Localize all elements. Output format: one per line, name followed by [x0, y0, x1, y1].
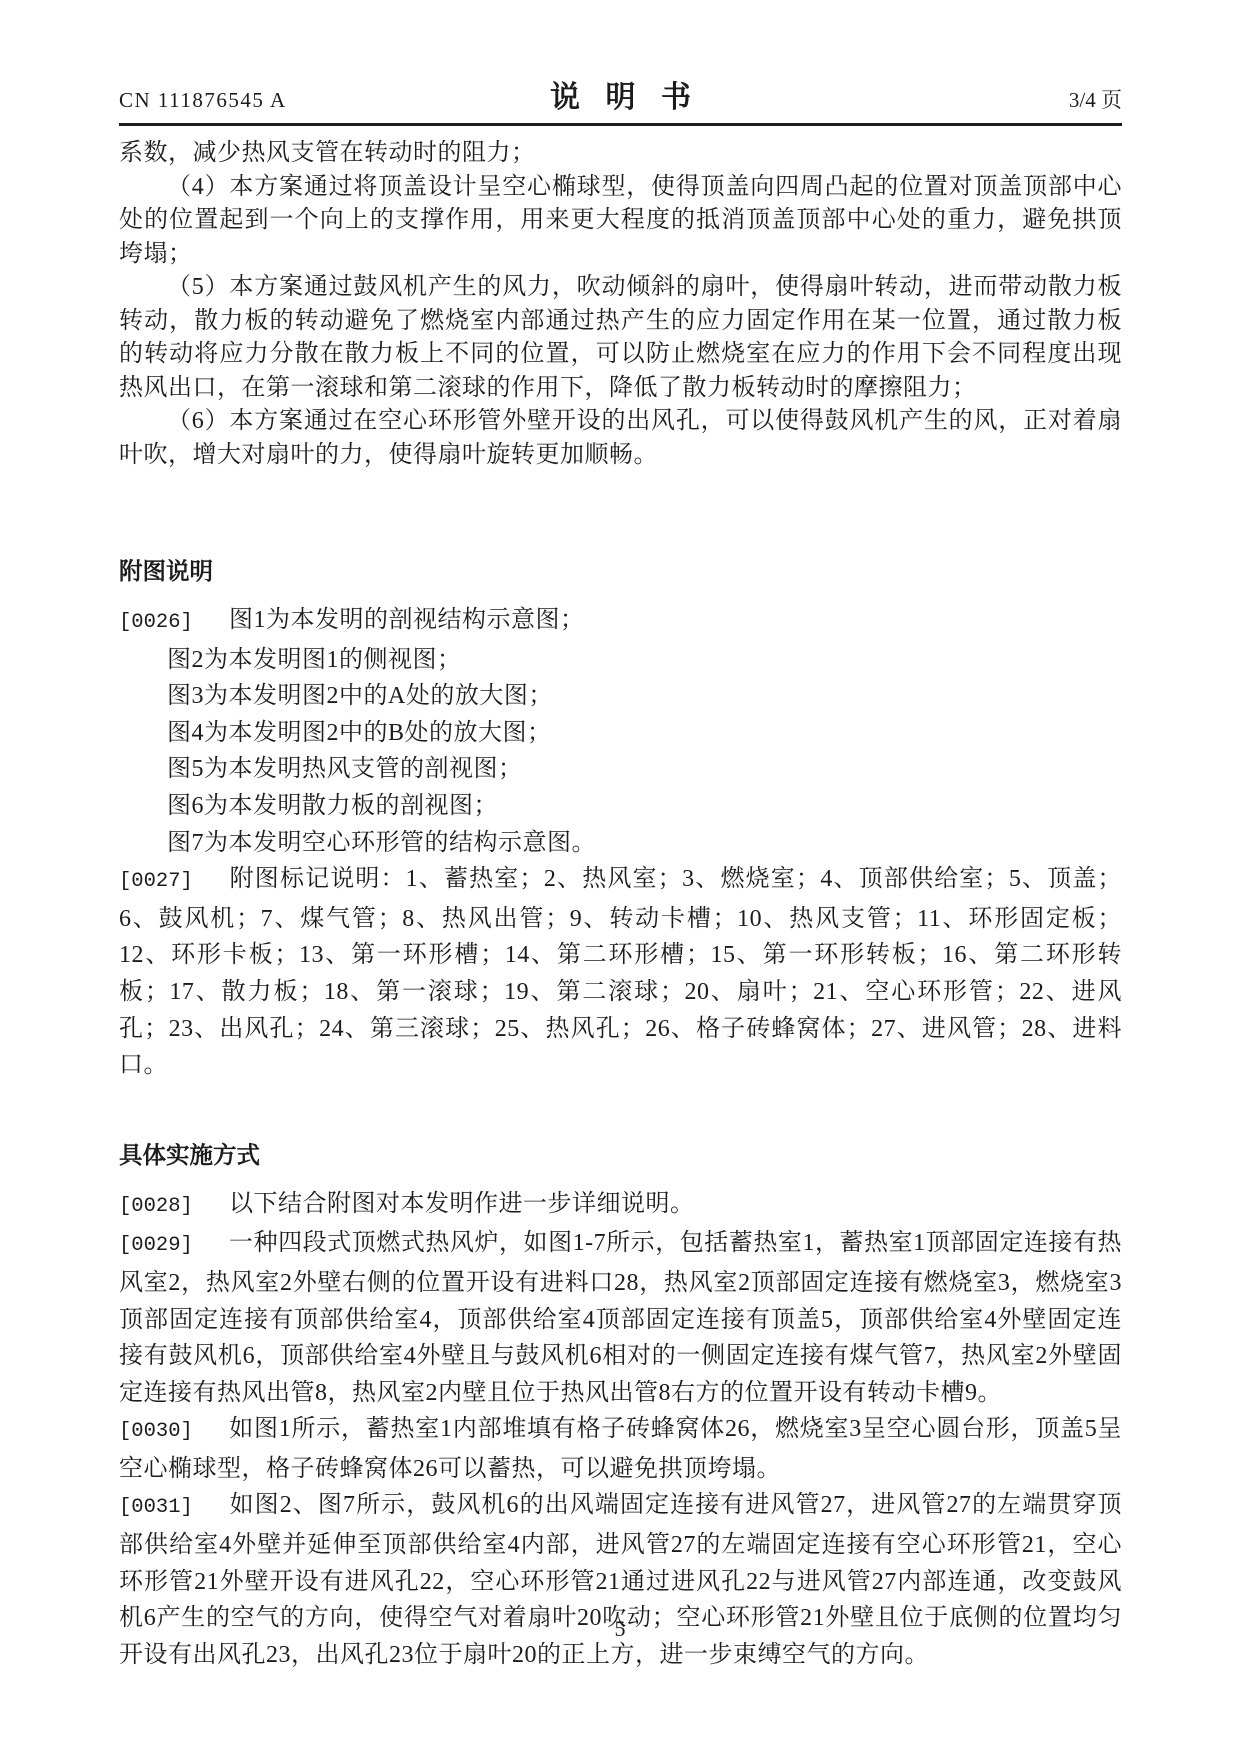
- header-rule: [119, 123, 1122, 126]
- figure-line-6: 图6为本发明散力板的剖视图；: [119, 788, 1122, 825]
- paragraph-number: [0029]: [119, 1228, 229, 1265]
- paragraph-advantage-6: （6）本方案通过在空心环形管外壁开设的出风孔，可以使得鼓风机产生的风，正对着扇叶…: [119, 405, 1122, 472]
- paragraph-number: [0031]: [119, 1490, 229, 1527]
- paragraph-number: [0026]: [119, 605, 229, 642]
- paragraph-0028: [0028]以下结合附图对本发明作进一步详细说明。: [119, 1186, 1122, 1226]
- section-heading-figures: 附图说明: [119, 556, 1122, 586]
- paragraph-0029: [0029]一种四段式顶燃式热风炉，如图1-7所示，包括蓄热室1，蓄热室1顶部固…: [119, 1225, 1122, 1411]
- page-header: CN 111876545 A 说明书 3/4 页: [119, 72, 1122, 116]
- page-indicator: 3/4 页: [691, 84, 1122, 114]
- figure-line-3: 图3为本发明图2中的A处的放大图；: [119, 678, 1122, 715]
- patent-document-page: CN 111876545 A 说明书 3/4 页 系数，减少热风支管在转动时的阻…: [0, 0, 1240, 1754]
- figure-line-7: 图7为本发明空心环形管的结构示意图。: [119, 825, 1122, 862]
- paragraph-text: 附图标记说明：1、蓄热室；2、热风室；3、燃烧室；4、顶部供给室；5、顶盖；6、…: [119, 866, 1122, 1078]
- section-heading-implementation: 具体实施方式: [119, 1140, 1122, 1170]
- paragraph-0031: [0031]如图2、图7所示，鼓风机6的出风端固定连接有进风管27，进风管27的…: [119, 1487, 1122, 1673]
- paragraph-0026: [0026]图1为本发明的剖视结构示意图；: [119, 602, 1122, 642]
- page-number: 5: [0, 1616, 1240, 1642]
- paragraph-text: 一种四段式顶燃式热风炉，如图1-7所示，包括蓄热室1，蓄热室1顶部固定连接有热风…: [119, 1230, 1122, 1405]
- advantages-section: 系数，减少热风支管在转动时的阻力； （4）本方案通过将顶盖设计呈空心椭球型，使得…: [119, 137, 1122, 472]
- document-body: 系数，减少热风支管在转动时的阻力； （4）本方案通过将顶盖设计呈空心椭球型，使得…: [119, 137, 1122, 1673]
- figure-line-4: 图4为本发明图2中的B处的放大图；: [119, 715, 1122, 752]
- paragraph-number: [0030]: [119, 1414, 229, 1451]
- paragraph-number: [0027]: [119, 864, 229, 901]
- figure-line-5: 图5为本发明热风支管的剖视图；: [119, 751, 1122, 788]
- paragraph-0027: [0027]附图标记说明：1、蓄热室；2、热风室；3、燃烧室；4、顶部供给室；5…: [119, 861, 1122, 1084]
- paragraph-text: 如图1所示，蓄热室1内部堆填有格子砖蜂窝体26，燃烧室3呈空心圆台形，顶盖5呈空…: [119, 1416, 1122, 1482]
- paragraph-number: [0028]: [119, 1189, 229, 1226]
- paragraph-continuation: 系数，减少热风支管在转动时的阻力；: [119, 137, 1122, 171]
- paragraph-text: 图1为本发明的剖视结构示意图；: [229, 607, 585, 633]
- paragraph-0030: [0030]如图1所示，蓄热室1内部堆填有格子砖蜂窝体26，燃烧室3呈空心圆台形…: [119, 1411, 1122, 1487]
- paragraph-text: 以下结合附图对本发明作进一步详细说明。: [229, 1191, 695, 1217]
- paragraph-advantage-5: （5）本方案通过鼓风机产生的风力，吹动倾斜的扇叶，使得扇叶转动，进而带动散力板转…: [119, 271, 1122, 405]
- figure-line-2: 图2为本发明图1的侧视图；: [119, 642, 1122, 679]
- doc-number: CN 111876545 A: [119, 88, 550, 113]
- paragraph-advantage-4: （4）本方案通过将顶盖设计呈空心椭球型，使得顶盖向四周凸起的位置对顶盖顶部中心处…: [119, 171, 1122, 272]
